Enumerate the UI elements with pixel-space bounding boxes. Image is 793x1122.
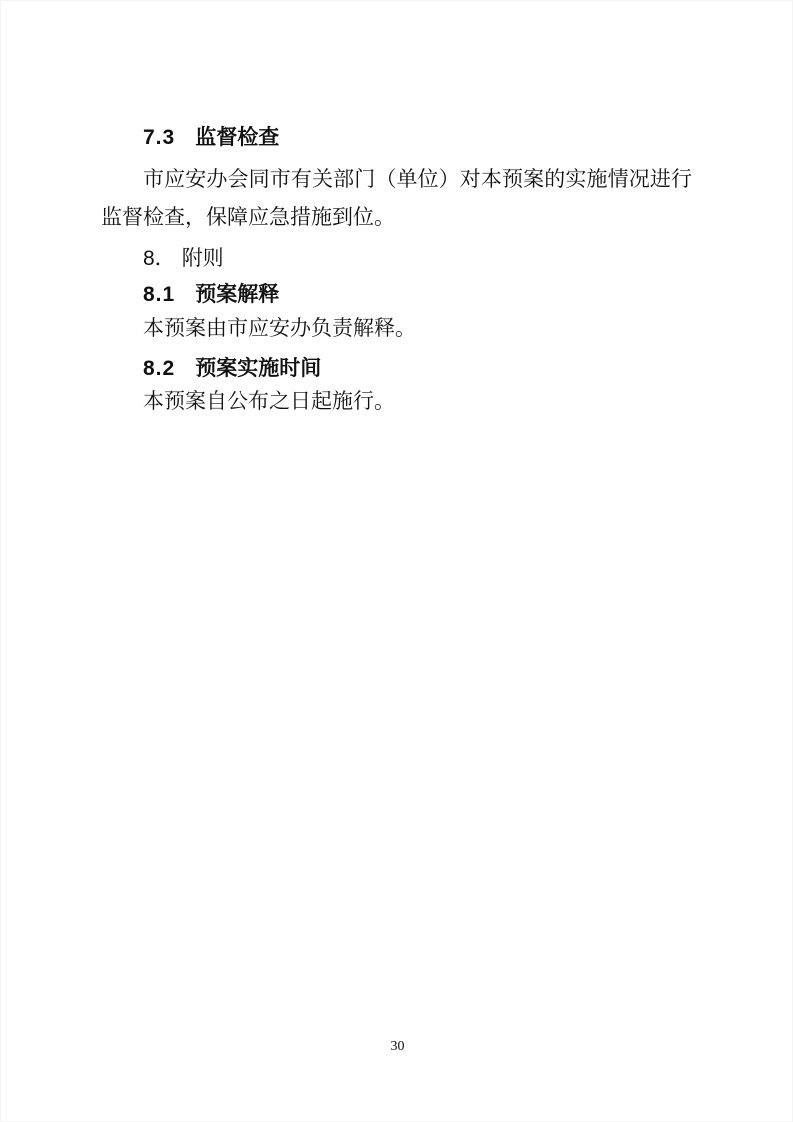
paragraph-supervision: 市应安办会同市有关部门（单位）对本预案的实施情况进行监督检查，保障应急措施到位。 [101,161,692,236]
chapter-heading-8: 8．附则 [143,240,692,278]
heading-title: 监督检查 [195,126,279,149]
heading-title: 预案解释 [195,283,279,306]
page-number: 30 [1,1037,793,1057]
section-heading-8-1: 8.1预案解释 [143,276,692,314]
paragraph-implementation: 本预案自公布之日起施行。 [101,383,692,421]
heading-number: 7.3 [143,119,175,157]
heading-number: 8.1 [143,276,175,314]
heading-title: 附则 [182,247,224,270]
document-page: 7.3监督检查 市应安办会同市有关部门（单位）对本预案的实施情况进行监督检查，保… [0,0,793,1122]
section-heading-7-3: 7.3监督检查 [143,119,692,157]
paragraph-interpretation: 本预案由市应安办负责解释。 [101,310,692,348]
heading-title: 预案实施时间 [195,357,321,380]
heading-number: 8． [143,240,176,278]
